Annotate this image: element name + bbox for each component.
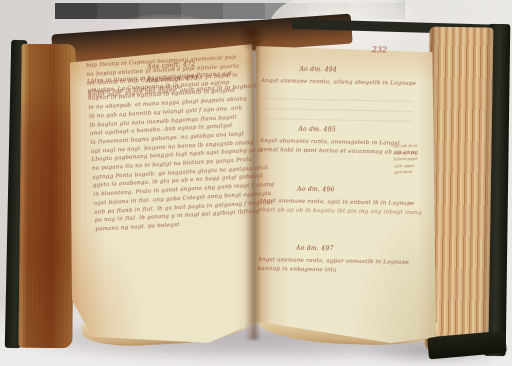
folio-number: 232 [372,46,387,54]
entry-494: Ao dm. 494 Angst anemane rannta, alteng … [261,64,437,89]
entry-497: Ao dm. 497 Angst anemane ranta, agpar an… [258,243,435,277]
script-line: gsta bamt [394,168,428,176]
manuscript-photo: bap Heunp in Capmuel beapmang anemancal … [0,0,512,366]
page-block-fore-edge-left [18,44,75,349]
marginal-note: abt 2ab ab piannbig a gsthabent pagst2at… [393,142,428,176]
entry-496-heading: Ao dm. 496 [297,185,435,198]
entry-496: Ao dm. 496 Angst anemane ranta, agst in … [259,184,436,218]
entry-494-heading: Ao dm. 494 [299,65,437,78]
entry-497-heading: Ao dm. 497 [296,244,434,257]
entry-495-heading: Ao dm. 495 [298,125,436,138]
left-page-text: bap Heunp in Capmuel beapmang anemancal … [86,53,258,101]
gutter-top-shadow [238,26,266,52]
